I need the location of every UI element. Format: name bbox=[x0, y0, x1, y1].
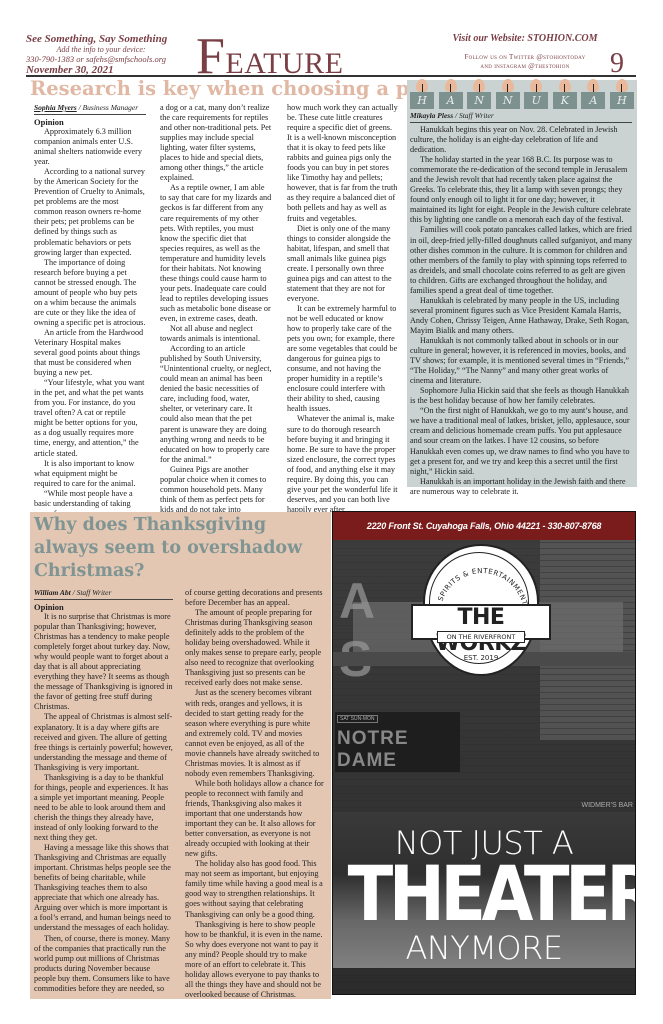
pet-article-byline: Sophia Myers / Business Manager bbox=[34, 103, 146, 115]
svg-text:SPIRITS & ENTERTAINMENT: SPIRITS & ENTERTAINMENT bbox=[437, 567, 529, 607]
paragraph: Thanksgiving is here to show people how … bbox=[185, 920, 324, 1000]
safety-tagline: See Something, Say Something bbox=[26, 33, 176, 45]
candle-icon: N bbox=[496, 80, 520, 108]
paragraph: Families will cook potato pancakes calle… bbox=[410, 225, 632, 295]
paragraph: Diet is only one of the many things to c… bbox=[287, 224, 399, 304]
pet-article-column-3: how much work they can actually be. Thes… bbox=[287, 103, 399, 515]
paragraph: The amount of people preparing for Chris… bbox=[185, 608, 324, 688]
candle-icon: N bbox=[467, 80, 491, 108]
paragraph: The importance of doing research before … bbox=[34, 258, 146, 328]
theater-marquee: SAT SUN-MON NOTRE DAME bbox=[335, 712, 460, 772]
paragraph: Hanukkah begins this year on Nov. 28. Ce… bbox=[410, 125, 632, 155]
hanukkah-candle-banner: H A N N U K A H bbox=[410, 80, 634, 108]
ad-slogan-line-2: THEATER bbox=[348, 855, 621, 933]
paragraph: a dog or a cat, many don’t realize the c… bbox=[160, 103, 272, 183]
candle-icon: A bbox=[581, 80, 605, 108]
workz-logo: SPIRITS & ENTERTAINMENT THE WORKZ ON THE… bbox=[411, 544, 551, 709]
paragraph: It is also important to know what equipm… bbox=[34, 459, 146, 489]
hanukkah-article-byline: Mikayla Pless / Staff Writer bbox=[410, 111, 632, 123]
ad-slogan-line-3: ANYMORE bbox=[333, 930, 635, 966]
pet-article-column-2: a dog or a cat, many don’t realize the c… bbox=[160, 103, 272, 525]
twitter-handle[interactable]: Follow us on Twitter @stohiontoday bbox=[425, 53, 625, 62]
paragraph: Whatever the animal is, make sure to do … bbox=[287, 414, 399, 514]
paragraph: Sophomore Julia Hickin said that she fee… bbox=[410, 386, 632, 406]
social-info: Visit our Website: STOHION.COM Follow us… bbox=[425, 33, 625, 71]
paragraph: how much work they can actually be. Thes… bbox=[287, 103, 399, 224]
paragraph: Thanksgiving is a day to be thankful for… bbox=[34, 773, 173, 843]
hanukkah-article-body: Mikayla Pless / Staff Writer Hanukkah be… bbox=[410, 111, 632, 497]
paragraph: of course getting decorations and presen… bbox=[185, 588, 324, 608]
paragraph: Hanukkah is an important holiday in the … bbox=[410, 477, 632, 497]
paragraph: “On the first night of Hanukkah, we go t… bbox=[410, 406, 632, 476]
paragraph: As a reptile owner, I am able to say tha… bbox=[160, 183, 272, 324]
paragraph: According to a national survey by the Am… bbox=[34, 167, 146, 257]
paragraph: “Your lifestyle, what you want in the pe… bbox=[34, 378, 146, 458]
paragraph: According to an article published by Sou… bbox=[160, 344, 272, 465]
thanksgiving-article-byline: William Abt / Staff Writer bbox=[34, 588, 173, 600]
website-link[interactable]: Visit our Website: STOHION.COM bbox=[425, 33, 625, 45]
paragraph: Hanukkah is celebrated by many people in… bbox=[410, 296, 632, 336]
thanksgiving-article-column-2: of course getting decorations and presen… bbox=[185, 588, 324, 1000]
paragraph: Hanukkah is not commonly talked about in… bbox=[410, 336, 632, 386]
hanukkah-article: H A N N U K A H Mikayla Pless / Staff Wr… bbox=[407, 80, 637, 487]
paragraph: Just as the scenery becomes vibrant with… bbox=[185, 688, 324, 778]
shop-sign: WIDMER'S BAR bbox=[581, 802, 633, 809]
paragraph: Having a message like this shows that Th… bbox=[34, 843, 173, 933]
paragraph: The appeal of Christmas is almost self-e… bbox=[34, 712, 173, 772]
paragraph: Then, of course, there is money. Many of… bbox=[34, 934, 173, 994]
ad-address-bar: 2220 Front St. Cuyahoga Falls, Ohio 4422… bbox=[333, 512, 635, 540]
paragraph: Approximately 6.3 million companion anim… bbox=[34, 127, 146, 167]
pet-article-headline: Research is key when choosing a pet bbox=[30, 77, 330, 101]
candle-icon: K bbox=[553, 80, 577, 108]
pet-article-column-1: Sophia Myers / Business Manager Opinion … bbox=[34, 103, 146, 519]
paragraph: The holiday also has good food. This may… bbox=[185, 859, 324, 919]
logo-subtitle: ON THE RIVERFRONT bbox=[437, 631, 525, 643]
paragraph: Not all abuse and neglect towards animal… bbox=[160, 324, 272, 344]
paragraph: While both holidays allow a chance for p… bbox=[185, 779, 324, 859]
candle-icon: A bbox=[439, 80, 463, 108]
masthead: See Something, Say Something Add the inf… bbox=[0, 0, 663, 82]
paragraph: It is no surprise that Christmas is more… bbox=[34, 612, 173, 712]
opinion-label: Opinion bbox=[34, 117, 146, 127]
thanksgiving-article-headline: Why does Thanksgiving always seem to ove… bbox=[34, 514, 329, 583]
candle-icon: H bbox=[410, 80, 434, 108]
safety-contact: 330-790-1383 or safehs@smfschools.org bbox=[26, 54, 176, 64]
safety-notice: See Something, Say Something Add the inf… bbox=[26, 33, 176, 76]
workz-advertisement[interactable]: A S SAT SUN-MON NOTRE DAME WIDMER'S BAR … bbox=[332, 511, 636, 995]
logo-established: EST. 2019 bbox=[411, 654, 551, 662]
paragraph: It can be extremely harmful to not be we… bbox=[287, 304, 399, 415]
candle-icon: H bbox=[610, 80, 634, 108]
opinion-label: Opinion bbox=[34, 602, 173, 612]
thanksgiving-article-column-1: William Abt / Staff Writer Opinion It is… bbox=[34, 588, 173, 994]
instagram-handle[interactable]: and instagram @thestohion bbox=[425, 62, 625, 71]
candle-icon: U bbox=[524, 80, 548, 108]
paragraph: The holiday started in the year 168 B.C.… bbox=[410, 155, 632, 225]
paragraph: An article from the Hardwood Veterinary … bbox=[34, 328, 146, 378]
safety-subline: Add the info to your device: bbox=[26, 45, 176, 54]
thanksgiving-article: Why does Thanksgiving always seem to ove… bbox=[30, 512, 331, 999]
